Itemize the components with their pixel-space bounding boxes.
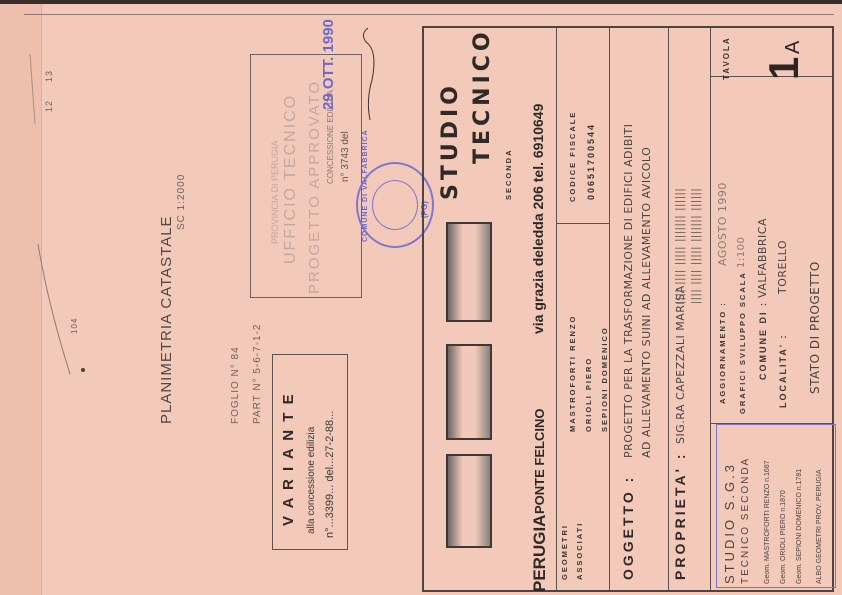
logo-letter-g <box>446 344 492 440</box>
proprieta-value: SIG.RA CAPEZZALI MARISA <box>674 285 687 444</box>
localita-label: LOCALITA' : <box>778 334 788 408</box>
variante-heading: V A R I A N T E <box>280 392 297 526</box>
divider <box>710 28 711 590</box>
oggetto-line1: PROGETTO PER LA TRASFORMAZIONE DI EDIFIC… <box>622 124 635 458</box>
aggiornamento-label: AGGIORNAMENTO : <box>718 301 727 404</box>
tavola-label: TAVOLA <box>722 36 731 80</box>
member-1: MASTROFORTI RENZO <box>568 315 577 432</box>
divider <box>556 223 610 224</box>
date-stamp: 29 OTT. 1990 <box>320 19 337 110</box>
seconda-label: SECONDA <box>504 148 513 200</box>
tecnico-label: TECNICO <box>470 28 495 164</box>
sg3-stamp-line1: STUDIO S.G.3 <box>722 462 737 584</box>
city-label: PERUGIA <box>530 515 550 592</box>
seal-text: COMUNE DI VALFABBRICA <box>362 129 369 242</box>
tick-marks-row2: |||| |||| ||||| ||||||| |||||| <box>690 187 702 304</box>
stamp-line5: n° 3743 del <box>340 131 351 182</box>
map-sketch <box>20 44 140 404</box>
map-label-12: 12 <box>44 100 54 112</box>
stato-label: STATO DI PROGETTO <box>808 261 822 394</box>
studio-label: STUDIO <box>438 82 463 200</box>
sg3-stamp-line2: TECNICO SECONDA <box>740 457 751 584</box>
divider <box>609 28 610 590</box>
locality-label: PONTE FELCINO <box>532 409 547 514</box>
grafici-label: GRAFICI SVILUPPO SCALA <box>738 271 747 414</box>
address-line: via grazia deledda 206 tel. 6910649 <box>530 104 546 334</box>
comune-value: VALFABBRICA <box>756 218 769 298</box>
document-sheet: 12 13 104 PLANIMETRIA CATASTALE SC 1:200… <box>0 4 842 595</box>
seal-emblem <box>372 180 418 230</box>
logo-letter-s <box>446 454 492 548</box>
variante-line2: n°...3399... del...27-2-88... <box>324 411 336 538</box>
part-numbers: PART N° 5-6-7-1-2 <box>252 324 263 424</box>
localita-value: TORELLO <box>776 240 789 294</box>
divider <box>668 28 669 590</box>
stamp-line3: PROGETTO APPROVATO <box>306 80 323 294</box>
sg3-stamp-line3: Geom. MASTROFORTI RENZO n.1687 <box>764 460 771 584</box>
divider <box>556 28 557 590</box>
sg3-stamp-line5: Geom. SEPIONI DOMENICO n.1781 <box>796 469 803 584</box>
plan-title: PLANIMETRIA CATASTALE <box>158 215 175 424</box>
codice-fiscale: 00651700544 <box>586 123 596 200</box>
tavola-letter: A <box>782 41 805 54</box>
codice-fiscale-label: CODICE FISCALE <box>568 111 577 202</box>
sg3-stamp-line4: Geom. ORIOLI PIERO n.1870 <box>780 490 787 584</box>
tavola-number: 1 <box>760 57 808 80</box>
map-label-104: 104 <box>70 318 79 334</box>
oggetto-line2: AD ALLEVAMENTO SUINI AD ALLEVAMENTO AVIC… <box>640 147 653 458</box>
aggiornamento-value: AGOSTO 1990 <box>716 182 729 266</box>
oggetto-label: OGGETTO : <box>620 475 636 580</box>
grafici-value: 1:100 <box>736 237 747 268</box>
associati-label: ASSOCIATI <box>575 522 584 580</box>
stamp-line1: PROVINCIA DI PERUGIA <box>270 140 280 244</box>
comune-label: COMUNE DI : <box>758 301 768 380</box>
variante-line1: alla concessione edilizia <box>306 427 317 534</box>
member-3: SEPIONI DOMENICO <box>600 326 609 432</box>
plan-scale: SC 1:2000 <box>176 174 187 230</box>
geometri-label: GEOMETRI <box>560 524 569 580</box>
tick-marks-row1: |||| |||| ||||| ||||||| |||||| <box>674 187 686 304</box>
signature <box>356 20 386 140</box>
foglio-number: FOGLIO N° 84 <box>230 346 241 424</box>
proprieta-label: PROPRIETA' : <box>672 451 688 580</box>
sg3-stamp-line6: ALBO GEOMETRI PROV. PERUGIA <box>816 470 823 585</box>
member-2: ORIOLI PIERO <box>584 357 593 432</box>
stamp-line2: UFFICIO TECNICO <box>282 94 300 264</box>
logo-letter-3 <box>446 222 492 322</box>
map-label-13: 13 <box>44 70 54 82</box>
